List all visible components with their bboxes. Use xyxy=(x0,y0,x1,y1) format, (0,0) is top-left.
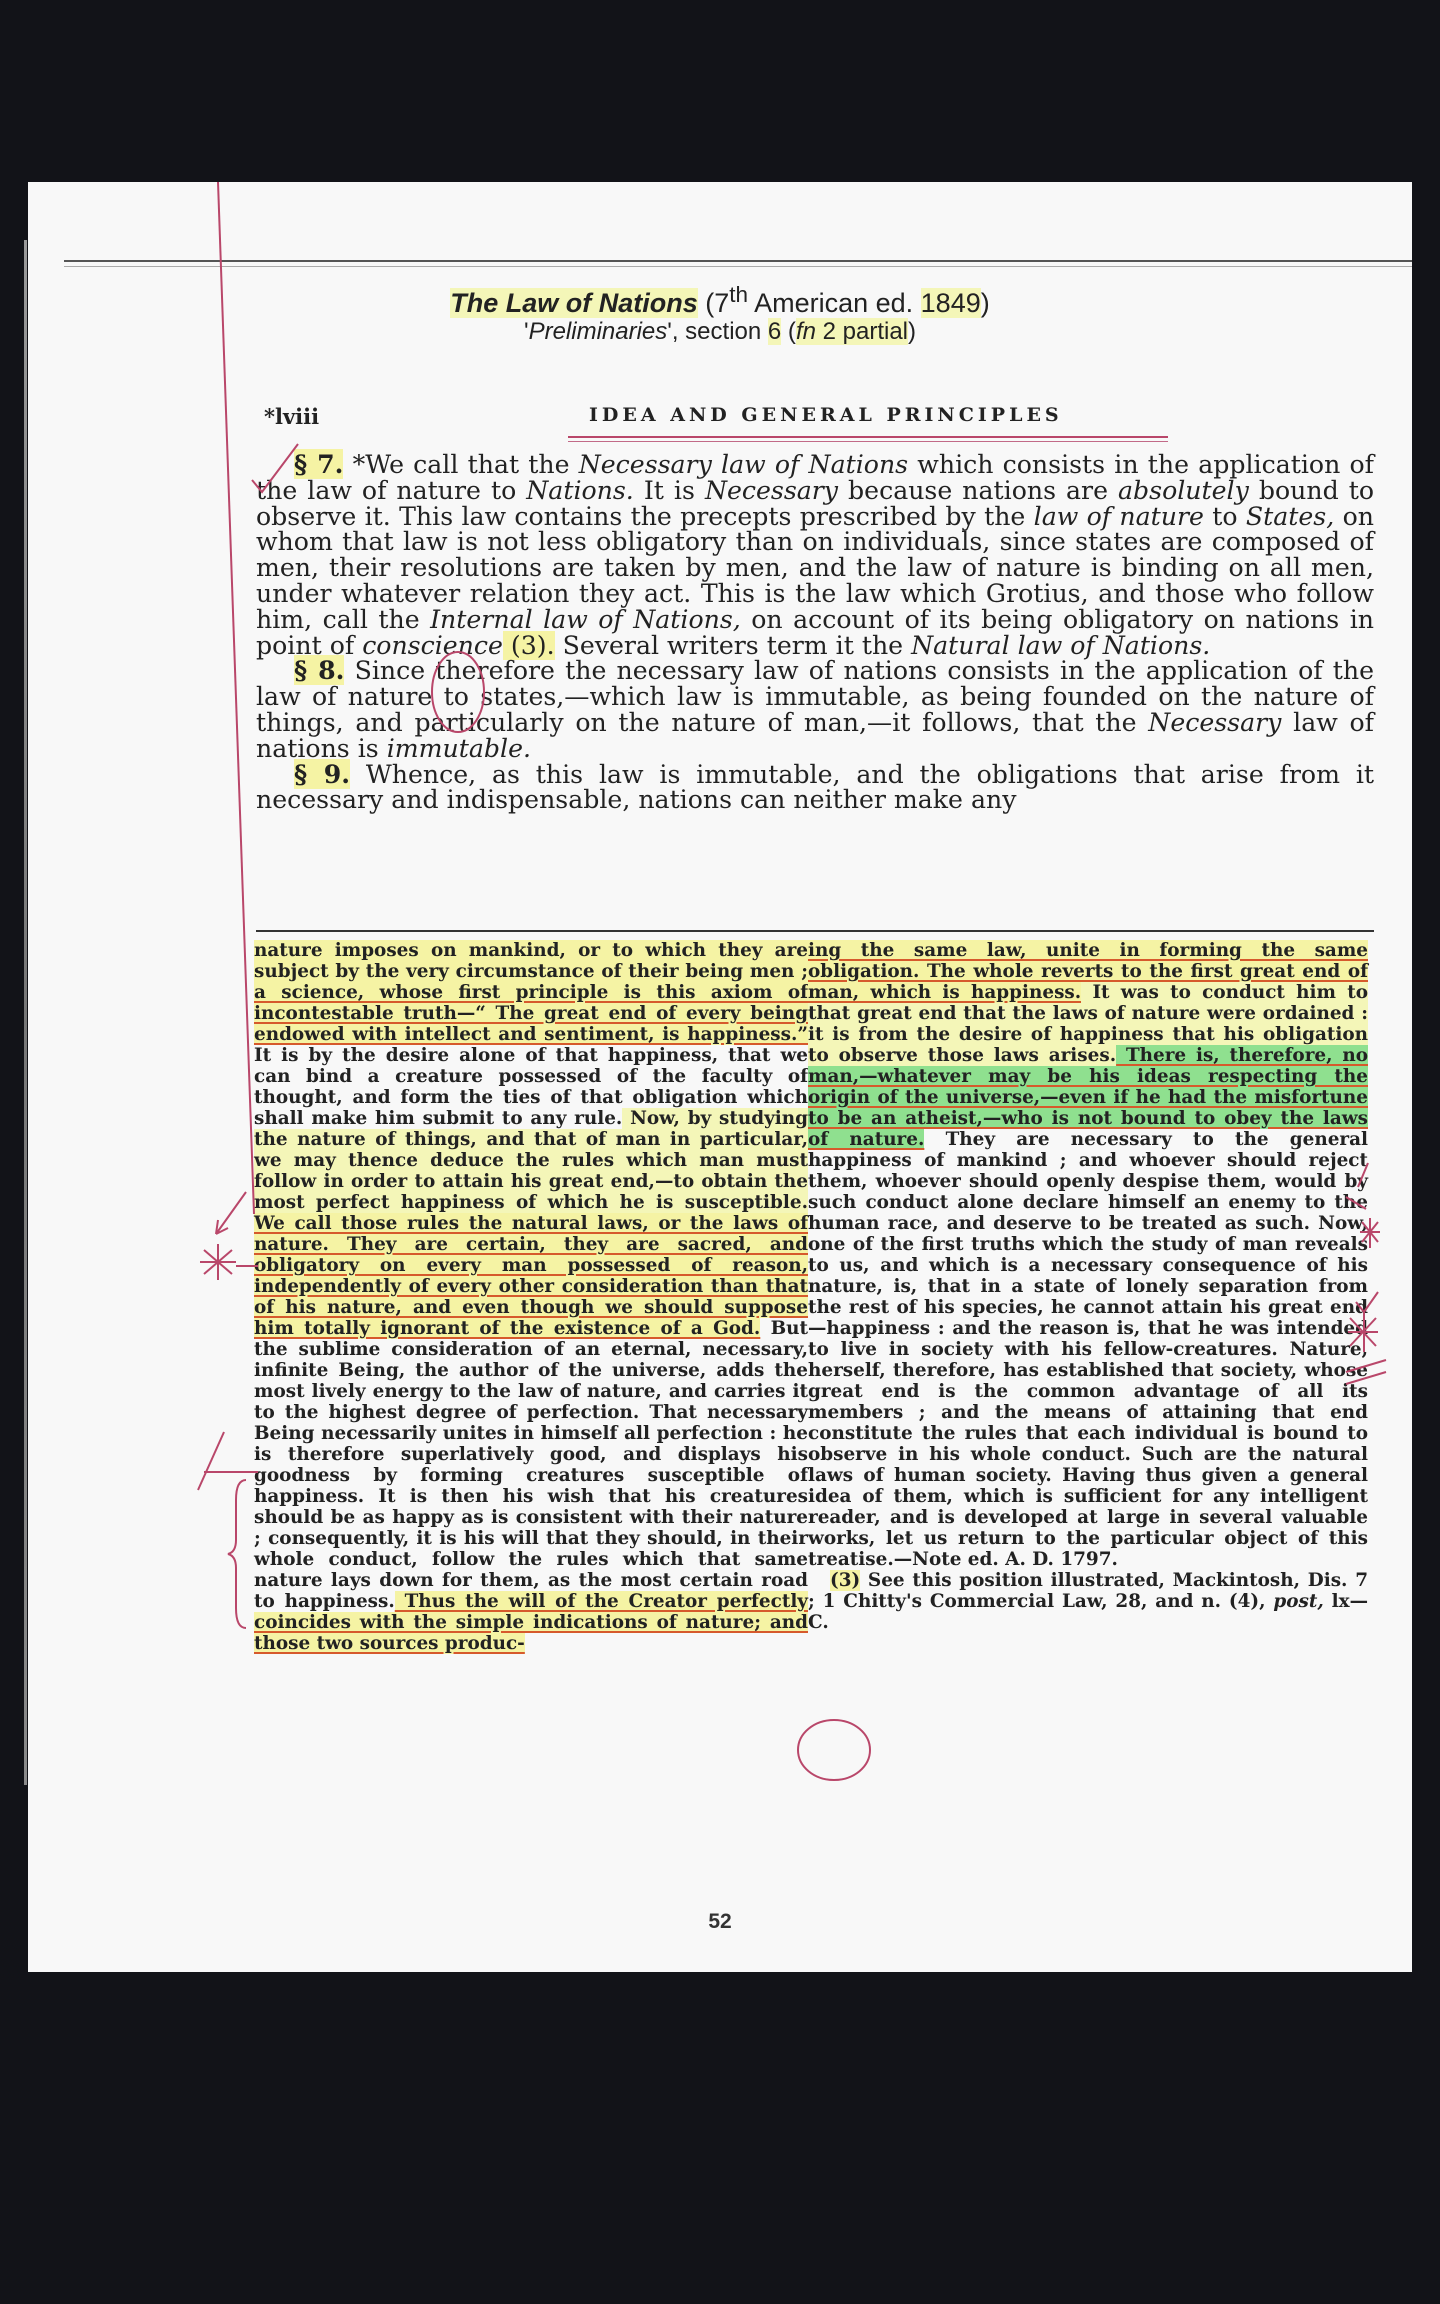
scanned-page: The Law of Nations (7th American ed. 184… xyxy=(28,182,1412,1972)
scan-edge xyxy=(24,240,27,1785)
pen-annotations-icon xyxy=(28,182,1412,1972)
